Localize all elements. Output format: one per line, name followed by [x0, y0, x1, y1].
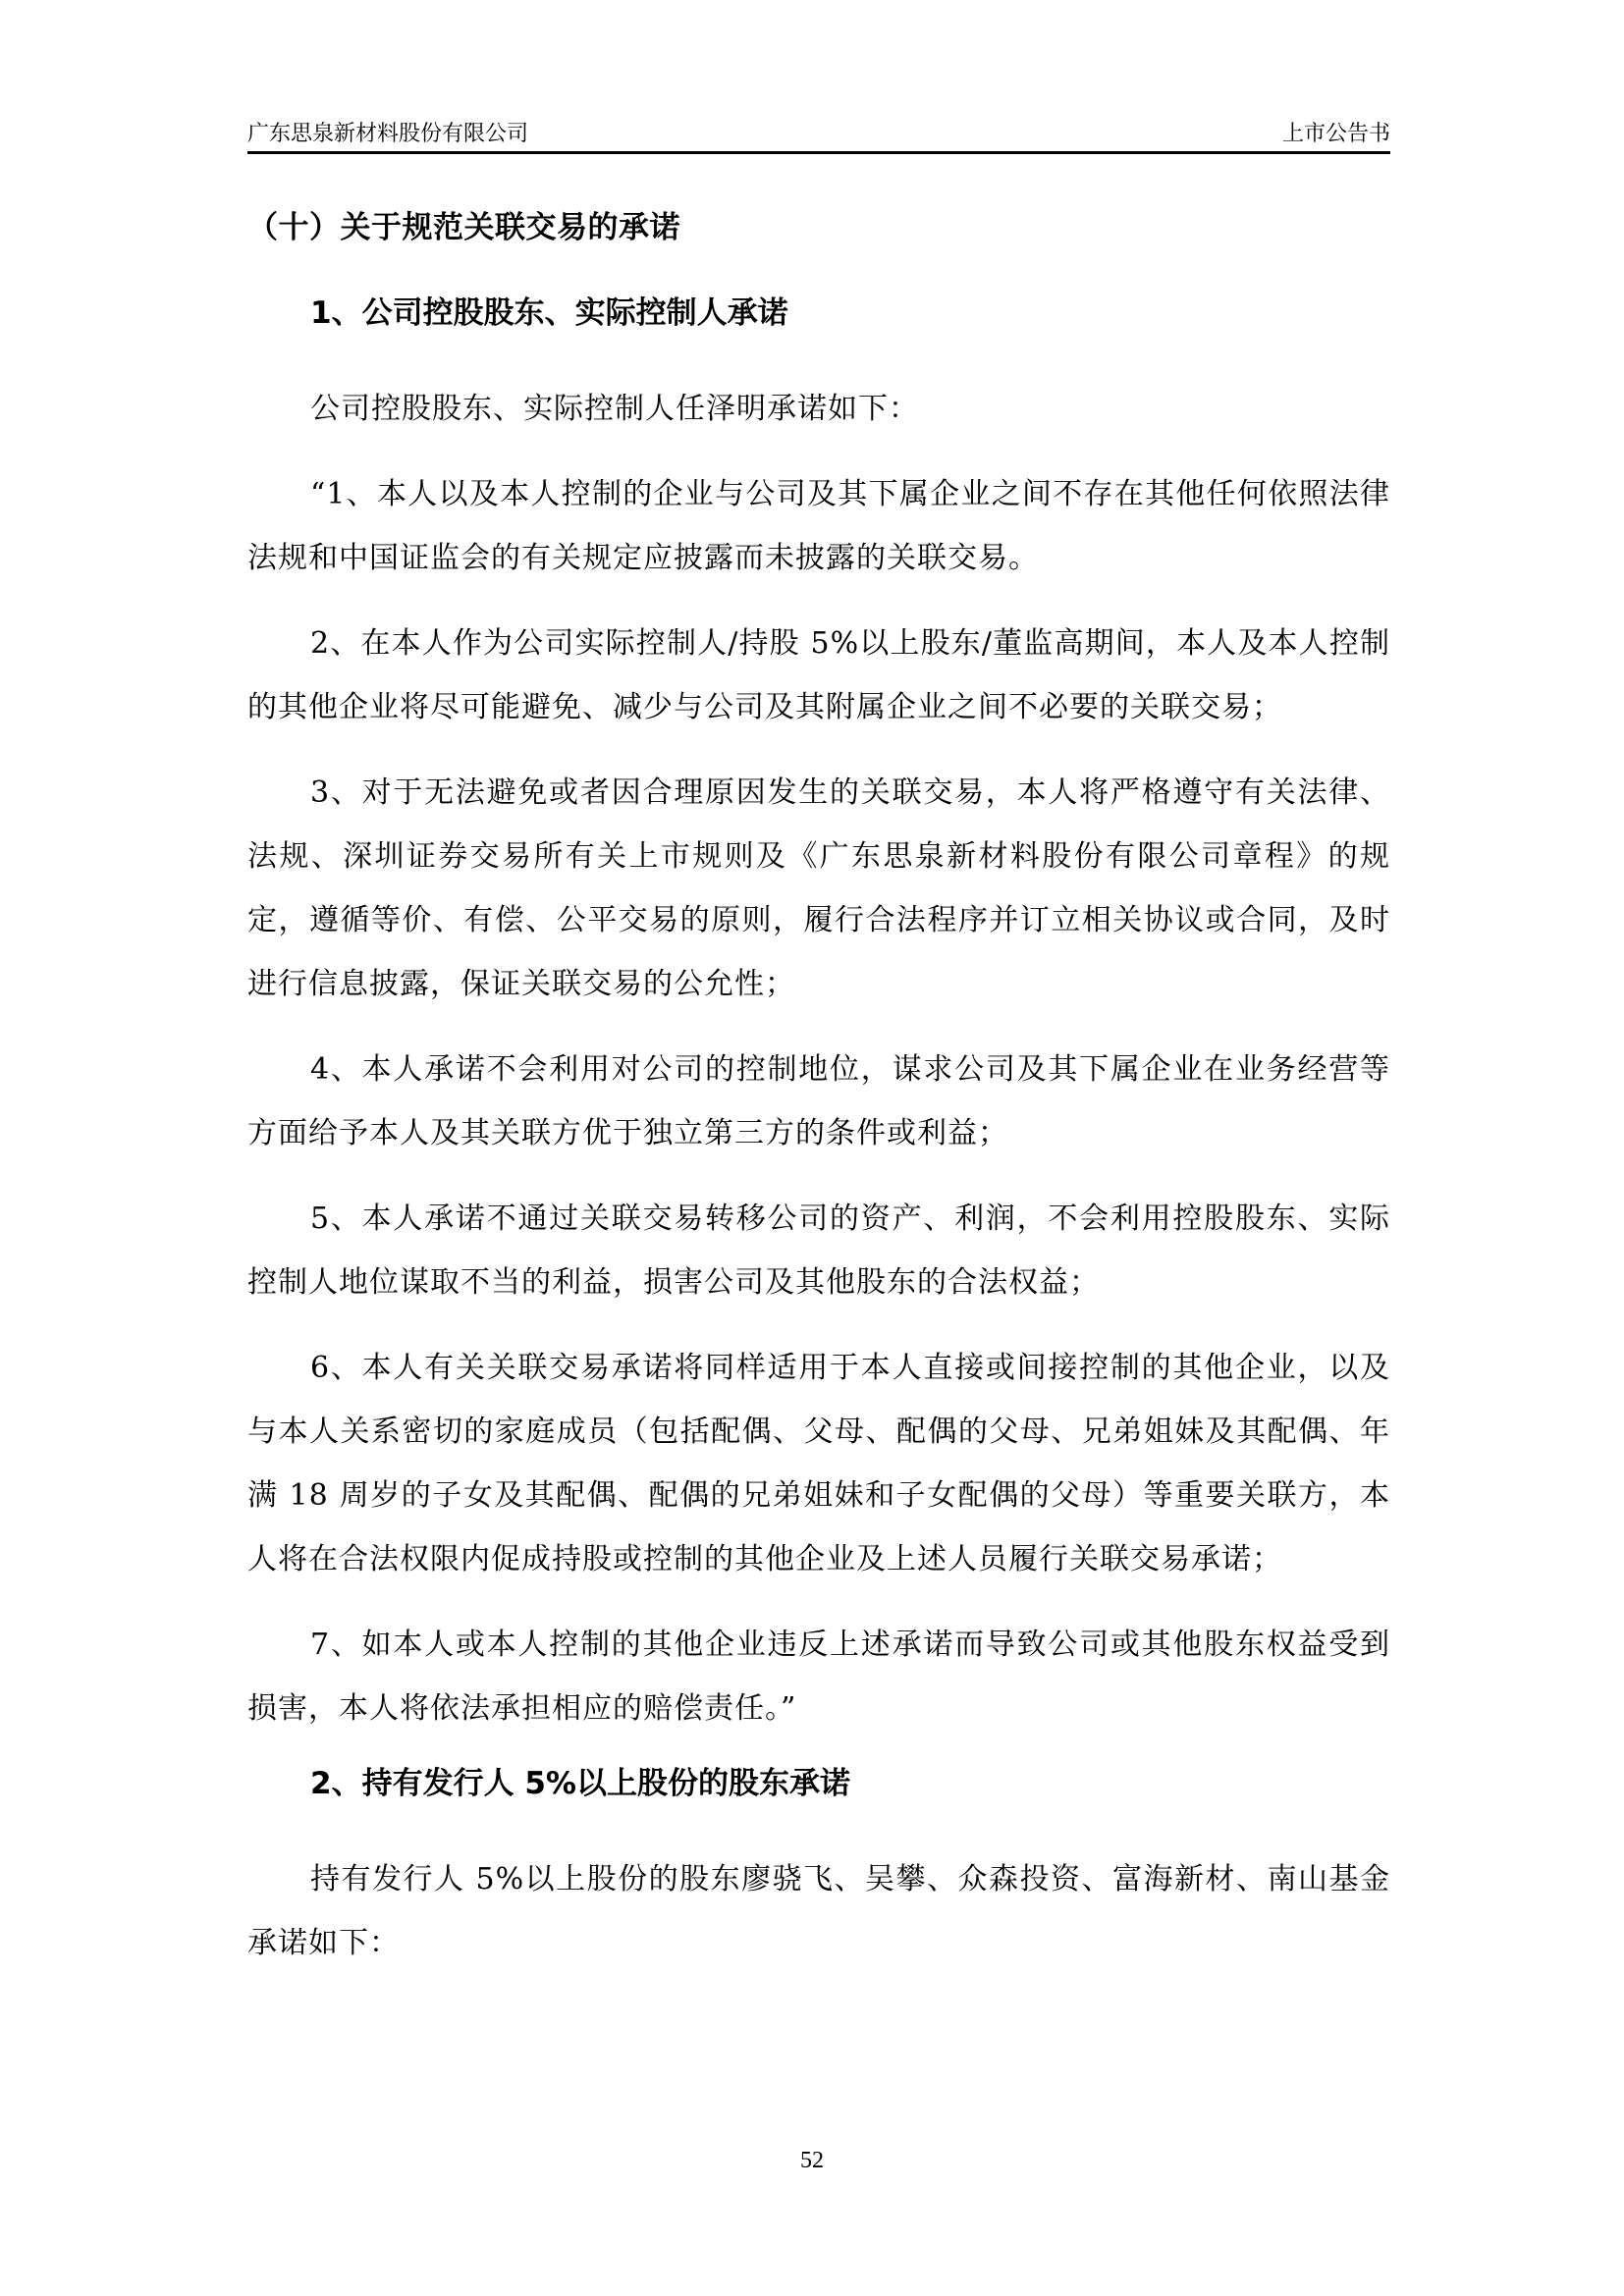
- subsection-intro: 持有发行人 5%以上股份的股东廖骁飞、吴攀、众森投资、富海新材、南山基金承诺如下…: [247, 1847, 1390, 1975]
- commitment-item-3: 3、对于无法避免或者因合理原因发生的关联交易，本人将严格遵守有关法律、法规、深圳…: [247, 761, 1390, 1016]
- commitment-item-6: 6、本人有关关联交易承诺将同样适用于本人直接或间接控制的其他企业，以及与本人关系…: [247, 1336, 1390, 1591]
- commitment-item-7: 7、如本人或本人控制的其他企业违反上述承诺而导致公司或其他股东权益受到损害，本人…: [247, 1613, 1390, 1740]
- page-header: 广东思泉新材料股份有限公司 上市公告书: [247, 114, 1390, 154]
- header-document-type: 上市公告书: [1282, 120, 1390, 149]
- subsection-title: 1、公司控股股东、实际控制人承诺: [247, 292, 1390, 335]
- subsection-intro: 公司控股股东、实际控制人任泽明承诺如下：: [247, 377, 1390, 441]
- commitment-item-1: “1、本人以及本人控制的企业与公司及其下属企业之间不存在其他任何依照法律法规和中…: [247, 462, 1390, 590]
- page-number: 52: [0, 2146, 1624, 2175]
- subsection-controlling-shareholder: 1、公司控股股东、实际控制人承诺 公司控股股东、实际控制人任泽明承诺如下： “1…: [247, 292, 1390, 1740]
- header-company-name: 广东思泉新材料股份有限公司: [247, 120, 528, 149]
- commitment-item-2: 2、在本人作为公司实际控制人/持股 5%以上股东/董监高期间，本人及本人控制的其…: [247, 612, 1390, 739]
- page-content: （十）关于规范关联交易的承诺 1、公司控股股东、实际控制人承诺 公司控股股东、实…: [247, 206, 1390, 1997]
- section-title: （十）关于规范关联交易的承诺: [247, 206, 1390, 249]
- subsection-title: 2、持有发行人 5%以上股份的股东承诺: [247, 1762, 1390, 1805]
- commitment-item-5: 5、本人承诺不通过关联交易转移公司的资产、利润，不会利用控股股东、实际控制人地位…: [247, 1187, 1390, 1314]
- subsection-major-shareholders: 2、持有发行人 5%以上股份的股东承诺 持有发行人 5%以上股份的股东廖骁飞、吴…: [247, 1762, 1390, 1975]
- commitment-item-4: 4、本人承诺不会利用对公司的控制地位，谋求公司及其下属企业在业务经营等方面给予本…: [247, 1038, 1390, 1165]
